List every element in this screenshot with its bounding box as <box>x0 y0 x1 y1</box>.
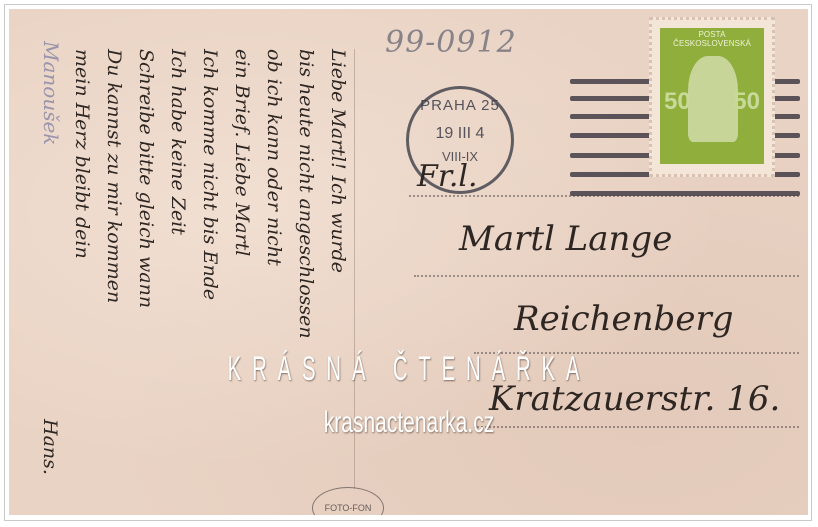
address-name: Martl Lange <box>459 219 672 259</box>
stamp-value-left: 50 <box>664 88 691 116</box>
message-line: mein Herz bleibt dein <box>71 49 93 259</box>
stamp-image: POSTA ČESKOSLOVENSKÁ 50 50 <box>660 28 764 164</box>
message-line: Schreibe bitte gleich wann <box>135 49 157 308</box>
message-line: Ich komme nicht bis Ende <box>199 49 221 300</box>
censor-mark: Fr.l. <box>417 159 478 194</box>
pencil-side-note: Manoušek <box>39 41 63 181</box>
photographer-stamp: FOTO-FON <box>312 487 384 515</box>
message-signature: Hans. <box>39 419 61 475</box>
watermark-url: krasnactenarka.cz <box>123 406 696 440</box>
postmark-city: PRAHA 25 <box>409 97 511 114</box>
message-line: Du kannst zu mir kommen <box>103 49 125 303</box>
stamp-country-text: POSTA ČESKOSLOVENSKÁ <box>660 30 764 48</box>
postage-stamp: POSTA ČESKOSLOVENSKÁ 50 50 <box>649 17 775 177</box>
message-line: Liebe Martl! Ich wurde <box>327 49 349 273</box>
address-line-2 <box>414 275 799 277</box>
stamp-figure-icon <box>688 56 738 142</box>
message-line: Ich habe keine Zeit <box>167 49 189 235</box>
message-line: ob ich kann oder nicht <box>263 49 285 266</box>
postmark-date: 19 III 4 <box>409 125 511 143</box>
pencil-inventory-number: 99-0912 <box>385 25 517 60</box>
cancel-bar <box>570 191 800 196</box>
address-city: Reichenberg <box>514 299 733 339</box>
stamp-value-right: 50 <box>733 88 760 116</box>
message-line: bis heute nicht angeschlossen <box>295 49 317 339</box>
message-line: ein Brief. Liebe Martl <box>231 49 253 256</box>
watermark-title: KRÁSNÁ ČTENÁŘKA <box>164 350 655 389</box>
